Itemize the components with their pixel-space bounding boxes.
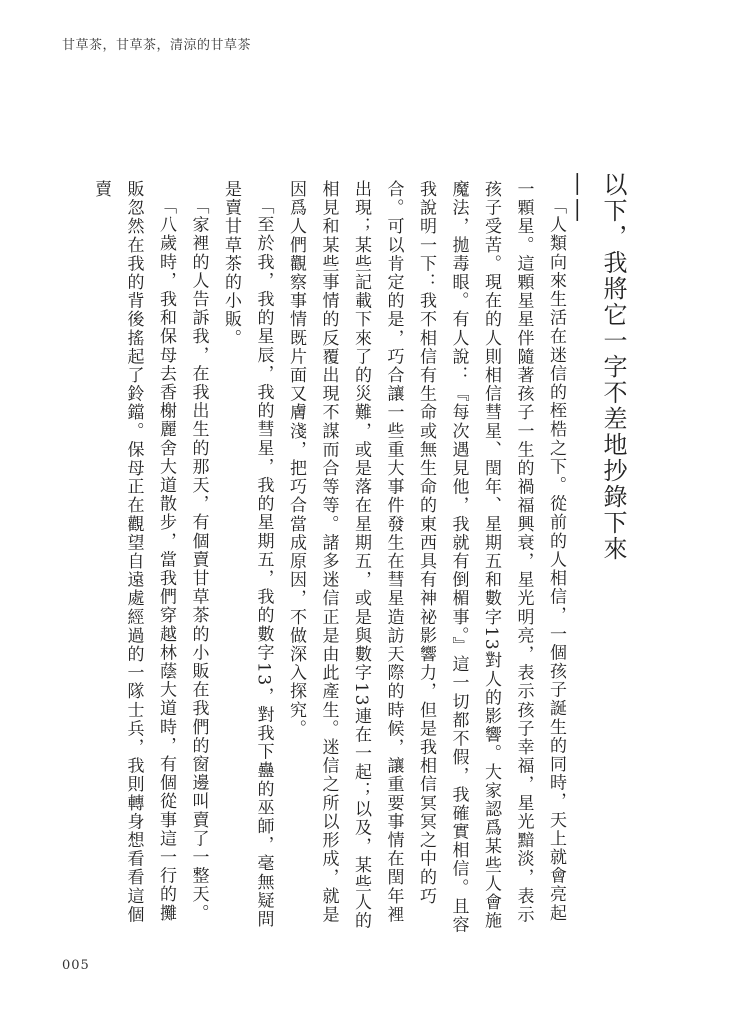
chapter-heading: 以下，我將它一字不差地抄錄下來——	[562, 172, 630, 612]
paragraph: 「家裡的人告訴我，在我出生的那天，有個賣甘草茶的小販在我們的窗邊叫賣了一整天。	[182, 180, 215, 940]
paragraph: 「人類向來生活在迷信的桎梏之下。從前的人相信，一個孩子誕生的同時，天上就會亮起一…	[280, 180, 573, 940]
paragraph: 「至於我，我的星辰，我的彗星，我的星期五，我的數字13，對我下蠱的巫師，毫無疑問…	[215, 180, 280, 940]
paragraph: 「八歲時，我和保母去香榭麗舍大道散步，當我們穿越林蔭大道時，有個從事這一行的攤販…	[85, 180, 183, 940]
page-number: 005	[62, 958, 90, 973]
running-header: 甘草茶，甘草茶，清涼的甘草茶	[62, 34, 251, 53]
body-text: 「人類向來生活在迷信的桎梏之下。從前的人相信，一個孩子誕生的同時，天上就會亮起一…	[85, 180, 573, 940]
